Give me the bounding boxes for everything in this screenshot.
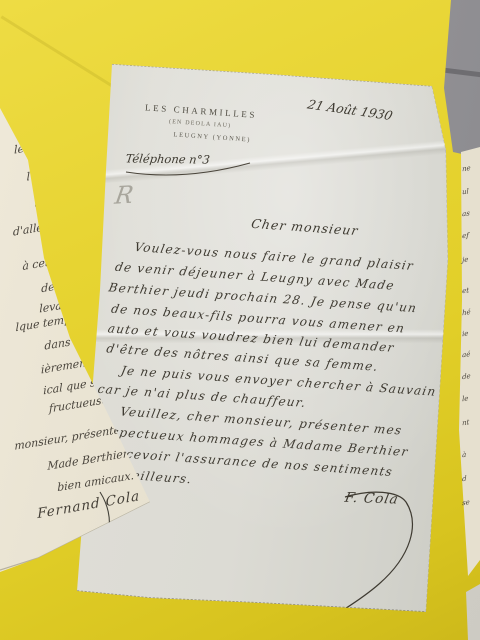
table-shadow-line [442,67,480,77]
photo-of-letters: LES CHARMILLES (EN DEOLA IAU) LEUGNY (YO… [0,0,480,640]
